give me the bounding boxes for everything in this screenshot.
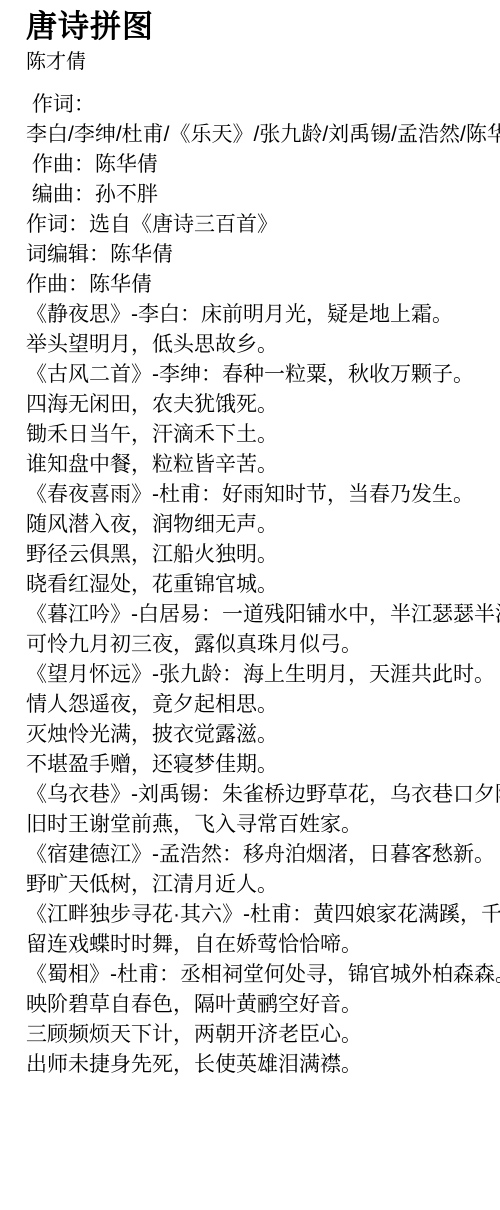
text-line: 作词： xyxy=(26,90,500,120)
page-title: 唐诗拼图 xyxy=(26,6,500,48)
text-line: 词编辑：陈华倩 xyxy=(26,240,500,270)
text-line: 四海无闲田，农夫犹饿死。 xyxy=(26,390,500,420)
text-line: 李白/李绅/杜甫/《乐天》/张九龄/刘禹锡/孟浩然/陈华倩 xyxy=(26,120,500,150)
author-subtitle: 陈才倩 xyxy=(26,48,500,76)
text-line: 情人怨遥夜，竟夕起相思。 xyxy=(26,690,500,720)
text-line: 映阶碧草自春色，隔叶黄鹂空好音。 xyxy=(26,990,500,1020)
text-line: 随风潜入夜，润物细无声。 xyxy=(26,510,500,540)
text-line: 《春夜喜雨》-杜甫：好雨知时节，当春乃发生。 xyxy=(26,480,500,510)
text-line: 举头望明月，低头思故乡。 xyxy=(26,330,500,360)
text-line: 三顾频烦天下计，两朝开济老臣心。 xyxy=(26,1020,500,1050)
text-line: 灭烛怜光满，披衣觉露滋。 xyxy=(26,720,500,750)
text-line: 锄禾日当午，汗滴禾下土。 xyxy=(26,420,500,450)
lyrics-lines: 作词：李白/李绅/杜甫/《乐天》/张九龄/刘禹锡/孟浩然/陈华倩 作曲：陈华倩 … xyxy=(26,90,500,1080)
text-line: 留连戏蝶时时舞，自在娇莺恰恰啼。 xyxy=(26,930,500,960)
text-line: 《乌衣巷》-刘禹锡：朱雀桥边野草花，乌衣巷口夕阳斜。 xyxy=(26,780,500,810)
text-line: 野旷天低树，江清月近人。 xyxy=(26,870,500,900)
text-line: 作曲：陈华倩 xyxy=(26,150,500,180)
text-line: 《蜀相》-杜甫：丞相祠堂何处寻，锦官城外柏森森。 xyxy=(26,960,500,990)
text-line: 谁知盘中餐，粒粒皆辛苦。 xyxy=(26,450,500,480)
text-line: 野径云俱黑，江船火独明。 xyxy=(26,540,500,570)
text-line: 《宿建德江》-孟浩然：移舟泊烟渚，日暮客愁新。 xyxy=(26,840,500,870)
text-line: 出师未捷身先死，长使英雄泪满襟。 xyxy=(26,1050,500,1080)
document-body: 唐诗拼图 陈才倩 作词：李白/李绅/杜甫/《乐天》/张九龄/刘禹锡/孟浩然/陈华… xyxy=(0,0,500,1080)
text-line: 不堪盈手赠，还寝梦佳期。 xyxy=(26,750,500,780)
text-line: 旧时王谢堂前燕，飞入寻常百姓家。 xyxy=(26,810,500,840)
text-line: 《静夜思》-李白：床前明月光，疑是地上霜。 xyxy=(26,300,500,330)
text-line: 《古风二首》-李绅：春种一粒粟，秋收万颗子。 xyxy=(26,360,500,390)
text-line: 晓看红湿处，花重锦官城。 xyxy=(26,570,500,600)
text-line: 编曲：孙不胖 xyxy=(26,180,500,210)
text-line: 作词：选自《唐诗三百首》 xyxy=(26,210,500,240)
text-line: 《江畔独步寻花·其六》-杜甫：黄四娘家花满蹊，千朵万朵压枝低。 xyxy=(26,900,500,930)
text-line: 可怜九月初三夜，露似真珠月似弓。 xyxy=(26,630,500,660)
text-line: 《望月怀远》-张九龄：海上生明月，天涯共此时。 xyxy=(26,660,500,690)
text-line: 作曲：陈华倩 xyxy=(26,270,500,300)
text-line: 《暮江吟》-白居易：一道残阳铺水中，半江瑟瑟半江红。 xyxy=(26,600,500,630)
